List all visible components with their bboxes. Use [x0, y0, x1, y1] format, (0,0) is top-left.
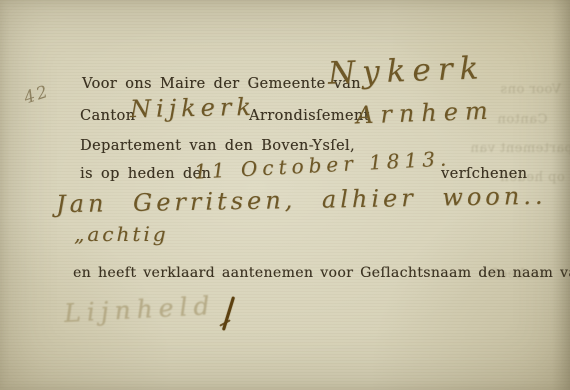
printed-departement-line: Departement van den Boven-Ysſel, — [80, 138, 355, 154]
printed-arrondissement-label: Arrondisſement — [249, 108, 370, 124]
document-page: Voor ons Canton Departement van is op he… — [0, 0, 570, 390]
margin-number-note: 42 — [22, 82, 53, 109]
handwritten-woonachtig-continuation: „achtig — [74, 222, 169, 246]
bleedthrough-text: Canton — [497, 112, 548, 127]
handwritten-arrondissement-name: Arnhem — [356, 97, 496, 130]
handwritten-canton-name: Nijkerk — [130, 93, 256, 123]
printed-verschenen-label: verſchenen — [441, 166, 527, 182]
ink-stroke — [222, 296, 235, 330]
printed-date-label: is op heden den — [80, 166, 211, 182]
handwritten-person-name: Jan Gerritsen, alhier woon.. — [56, 182, 547, 219]
handwritten-adopted-surname: Lijnheld — [63, 291, 216, 328]
printed-canton-label: Canton — [80, 108, 135, 124]
bleedthrough-text: Voor ons — [500, 82, 561, 97]
printed-maire-line: Voor ons Maire der Gemeente van — [82, 76, 361, 92]
printed-declaration-line: en heeft verklaard aantenemen voor Geſla… — [73, 265, 570, 281]
handwritten-gemeente-name: Nykerk — [327, 50, 486, 91]
bleedthrough-text: Departement van — [470, 141, 570, 156]
